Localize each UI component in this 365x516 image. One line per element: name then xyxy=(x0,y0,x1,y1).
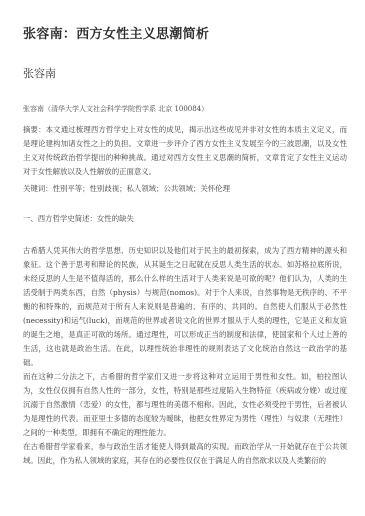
paragraph-greek-philosophy: 古希腊人凭其伟大的哲学思想、历史知识以及他们对于民主的最初探索，成为了西方精神的… xyxy=(23,244,347,370)
section-heading: 一、西方哲学史简述：女性的缺失 xyxy=(23,213,347,224)
paper-title: 张容南：西方女性主义思潮简析 xyxy=(23,23,347,42)
keywords: 关键词：性别平等；性别歧视；私人领域；公共领域；关怀伦理 xyxy=(23,182,347,196)
paragraph-political-life: 在古希腊哲学家看来，参与政治生活才能使人得到最高的实现。而政治学从一开始就存在于… xyxy=(23,440,347,468)
abstract-text: 本文通过梳理西方哲学史上对女性的成见，揭示出这些成见并非对女性的本质主义定义，而… xyxy=(23,125,347,176)
paper-page: 张容南：西方女性主义思潮简析 张容南 张容南（清华大学人文社会科学学院哲学系 北… xyxy=(0,0,365,516)
paragraph-dichotomy-gender: 而在这种二分法之下，古希腊的哲学家们又进一步将这种对立运用于男性和女性。如，柏拉… xyxy=(23,370,347,440)
author-affiliation: 张容南（清华大学人文社会科学学院哲学系 北京 100084） xyxy=(23,104,347,114)
abstract-label: 摘要： xyxy=(23,125,46,134)
body-text: 古希腊人凭其伟大的哲学思想、历史知识以及他们对于民主的最初探索，成为了西方精神的… xyxy=(23,244,347,468)
author-name: 张容南 xyxy=(23,65,347,81)
keywords-label: 关键词： xyxy=(23,184,53,193)
keywords-text: 性别平等；性别歧视；私人领域；公共领域；关怀伦理 xyxy=(53,184,230,193)
abstract: 摘要：本文通过梳理西方哲学史上对女性的成见，揭示出这些成见并非对女性的本质主义定… xyxy=(23,123,347,179)
